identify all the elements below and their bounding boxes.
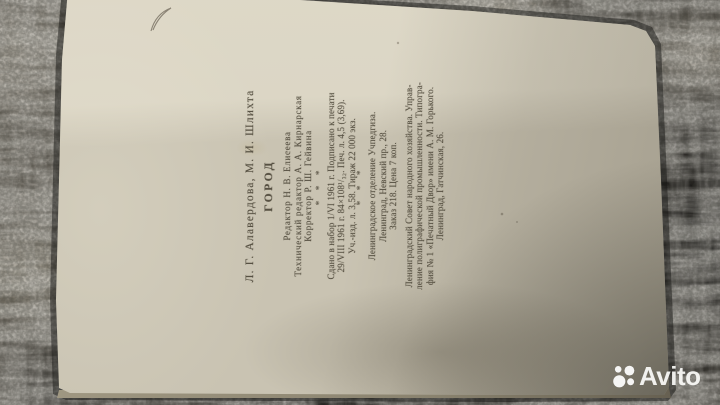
printer-line-1: Ленинградский Совет народного хозяйства.…	[404, 71, 415, 301]
book-title: ГОРОД	[263, 71, 276, 301]
listing-photo: Л. Г. Алавердова, М. И. Шлихта ГОРОД Ред…	[0, 0, 720, 405]
colophon-text-block: Л. Г. Алавердова, М. И. Шлихта ГОРОД Ред…	[244, 71, 448, 301]
editor-line: Редактор Н. В. Елисеева	[282, 71, 293, 301]
printer-block: Ленинградский Совет народного хозяйства.…	[404, 71, 446, 301]
publisher-line-2: Ленинград, Невский пр., 28.	[378, 71, 389, 301]
proofreader-line: Корректор Р. Ш. Гейвина	[303, 71, 314, 301]
staff-block: Редактор Н. В. Елисеева Технический реда…	[282, 71, 314, 301]
avito-watermark: Avito	[610, 363, 701, 390]
printer-line-3: фия № 1 «Печатный Двор» имени А. М. Горь…	[425, 71, 436, 301]
printer-line-2: ление полиграфической промышленности. Ти…	[414, 71, 425, 301]
print-info-line-2: 29/VIII 1961 г. 84×108¹/₃₂. Печ. л. 4,5 …	[336, 71, 347, 301]
avito-wordmark: Avito	[639, 363, 701, 390]
publisher-block: Ленинградское отделение Учпедгиза. Ленин…	[367, 71, 399, 301]
tech-editor-line: Технический редактор А. А. Кирнарская	[293, 71, 304, 301]
separator-asterisks: * * *	[316, 71, 325, 301]
printer-line-4: Ленинград, Гатчинская, 26.	[435, 71, 446, 301]
avito-logo-icon	[610, 363, 637, 390]
authors-line: Л. Г. Алавердова, М. И. Шлихта	[244, 71, 257, 301]
print-info-block: Сдано в набор 1/VI 1961 г. Подписано к п…	[326, 71, 358, 301]
separator-asterisks-2: * * *	[357, 71, 366, 301]
publisher-line-3: Заказ 218. Цена 7 коп.	[388, 71, 399, 301]
publisher-line-1: Ленинградское отделение Учпедгиза.	[367, 71, 378, 301]
print-info-line-1: Сдано в набор 1/VI 1961 г. Подписано к п…	[326, 71, 337, 301]
